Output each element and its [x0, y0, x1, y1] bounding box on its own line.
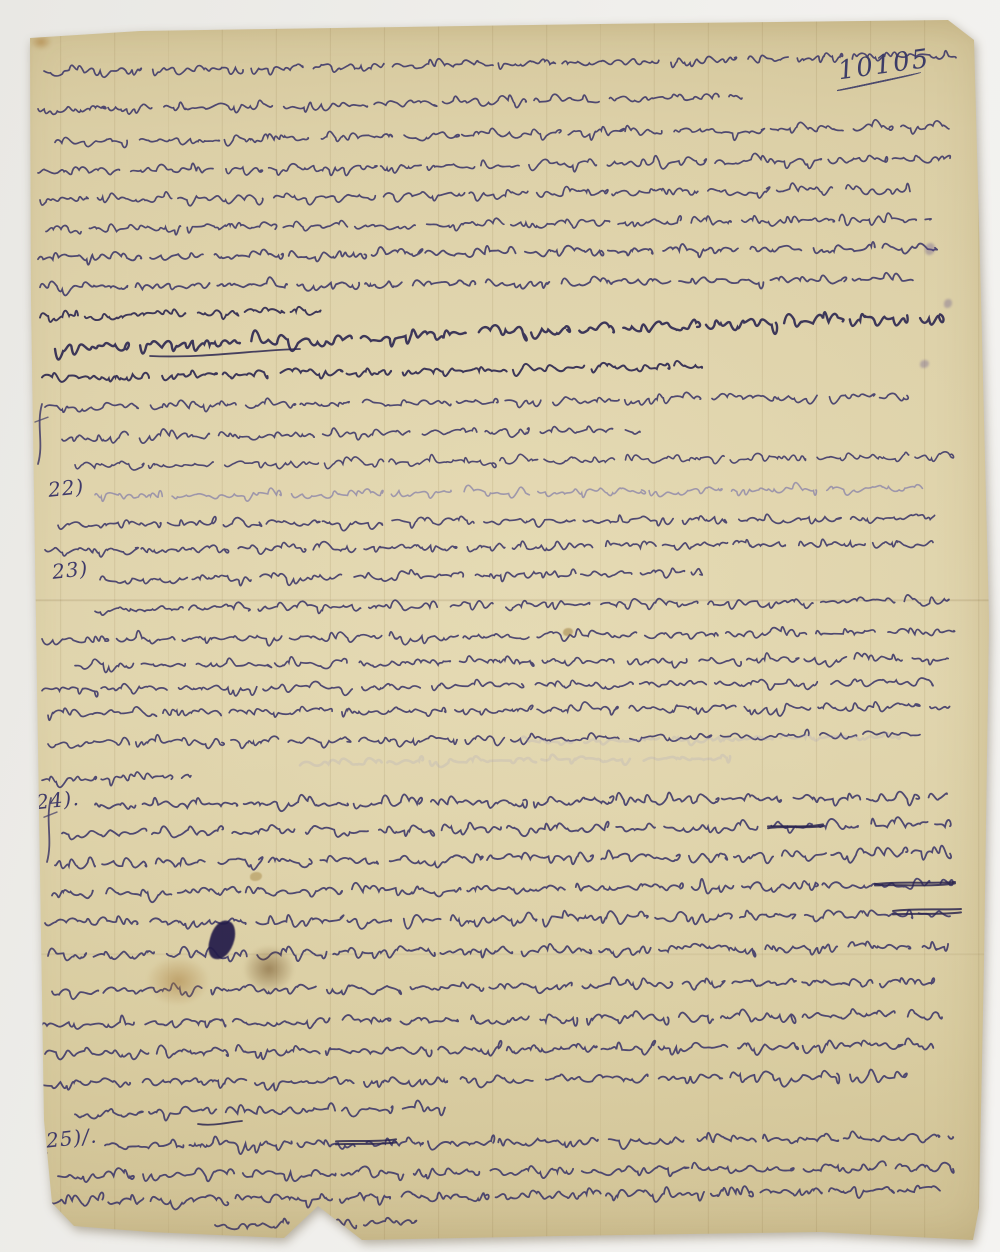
manuscript-page: 10105 22) 23) 24). 25)/. — [0, 0, 1000, 1252]
paragraph-number-23: 23) — [51, 558, 89, 582]
paper-shadow: 10105 22) 23) 24). 25)/. — [0, 0, 1000, 1252]
paragraph-number-22: 22) — [47, 476, 85, 500]
paragraph-number-24: 24). — [35, 788, 80, 812]
paragraph-number-25: 25)/. — [45, 1125, 98, 1150]
scanned-letter: 10105 22) 23) 24). 25)/. — [0, 0, 1000, 1252]
handwriting-layer — [0, 0, 1000, 1252]
